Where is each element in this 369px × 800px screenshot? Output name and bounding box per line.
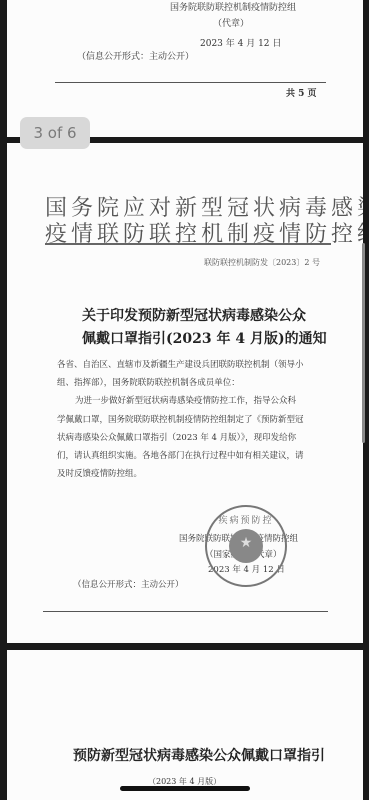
body-line2: 学佩戴口罩，国务院联防联控机制疫情防控组制定了《预防新型冠	[57, 413, 304, 425]
header-double-rule	[45, 243, 331, 245]
guideline-title: 预防新型冠状病毒感染公众佩戴口罩指引	[73, 745, 325, 765]
page1-date: 2023 年 4 月 12 日	[200, 36, 281, 49]
home-indicator[interactable]	[120, 786, 250, 791]
notice-title-line1: 关于印发预防新型冠状病毒感染公众	[82, 305, 306, 325]
official-seal-stamp: 疾病预防控 ★	[205, 505, 287, 587]
page2-disclosure: （信息公开形式：主动公开）	[73, 578, 184, 590]
body-line1: 为进一步做好新型冠状病毒感染疫情防控工作，指导公众科	[75, 394, 296, 406]
recipients-line2: 组、指挥部），国务院联防联控机制各成员单位：	[57, 376, 240, 388]
page2-footer-rule	[43, 611, 328, 612]
national-emblem-icon: ★	[229, 529, 263, 563]
document-page-4: 预防新型冠状病毒感染公众佩戴口罩指引 （2023 年 4 月版）	[7, 650, 363, 800]
vertical-scrollbar[interactable]	[362, 243, 365, 443]
body-line4: 们，请认真组织实施。各地各部门在执行过程中如有相关建议，请	[57, 449, 304, 461]
page1-footer-rule	[55, 82, 326, 83]
page-indicator-badge: 3 of 6	[20, 117, 90, 149]
document-page-3: 国务院应对新型冠状病毒感染 疫情联防联控机制疫情防控组 联防联控机制防发〔202…	[7, 143, 363, 643]
page1-page-count: 共 5 页	[286, 86, 317, 99]
notice-title-line2: 佩戴口罩指引(2023 年 4 月版)的通知	[82, 328, 327, 348]
page1-seal-note: （代章）	[213, 16, 249, 29]
page1-signer: 国务院联防联控机制疫情防控组	[170, 0, 296, 13]
body-line5: 及时反馈疫情防控组。	[57, 467, 142, 479]
star-icon: ★	[229, 535, 263, 551]
doc-number: 联防联控机制防发〔2023〕2 号	[204, 257, 320, 268]
page1-disclosure: （信息公开形式：主动公开）	[77, 49, 194, 62]
stamp-text: 疾病预防控	[207, 513, 285, 526]
recipients-line1: 各省、自治区、直辖市及新疆生产建设兵团联防联控机制（领导小	[57, 358, 304, 370]
body-line3: 状病毒感染公众佩戴口罩指引（2023 年 4 月版）》，现印发给你	[57, 431, 296, 443]
